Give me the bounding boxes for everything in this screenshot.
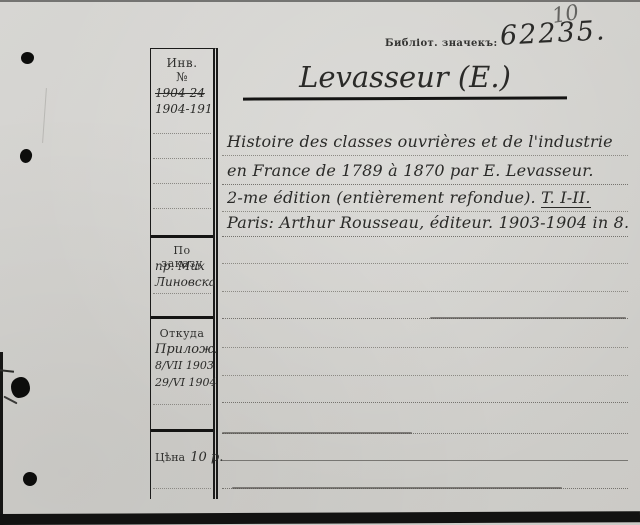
author-heading: Levasseur (E.) bbox=[243, 60, 567, 94]
sidebar-rule bbox=[153, 183, 211, 184]
price-label: Цѣна bbox=[155, 451, 185, 464]
ruled-line bbox=[222, 155, 628, 156]
ruled-line-dark-segment bbox=[430, 317, 626, 319]
card-sidebar: Инв. № 1904-24 1904-191 По заказу пр. Ми… bbox=[150, 48, 218, 499]
scan-edge-left bbox=[0, 352, 3, 525]
entry-line: en France de 1789 à 1870 par E. Levasseu… bbox=[227, 161, 594, 180]
entry-line: Histoire des classes ouvrières et de l'i… bbox=[227, 132, 613, 151]
origin-label: Откуда bbox=[151, 327, 213, 340]
sidebar-rule bbox=[153, 488, 211, 489]
inventory-label-line1: Инв. bbox=[151, 56, 213, 70]
ruled-line bbox=[222, 375, 628, 376]
ruled-line bbox=[222, 291, 628, 292]
library-mark-number: 62235. bbox=[499, 15, 607, 52]
price-value: 10 р. bbox=[190, 450, 223, 465]
ruled-line bbox=[222, 402, 628, 403]
inventory-label-line2: № bbox=[151, 70, 213, 84]
inventory-number: 1904-24 bbox=[155, 86, 217, 100]
punch-hole bbox=[23, 472, 37, 486]
entry-line: Paris: Arthur Rousseau, éditeur. 1903-19… bbox=[227, 213, 629, 232]
section-divider bbox=[151, 235, 213, 238]
paper-crease bbox=[42, 88, 47, 143]
scan-edge-bottom bbox=[0, 511, 640, 525]
order-note: пр. Мих bbox=[155, 259, 217, 273]
ruled-line-dark-segment bbox=[232, 487, 562, 489]
sidebar-rule bbox=[153, 404, 211, 405]
catalog-card-scan: 10 Библіот. значекъ: 62235. Инв. № 1904-… bbox=[0, 0, 640, 525]
sidebar-rule bbox=[153, 158, 211, 159]
section-divider bbox=[151, 316, 213, 319]
ruled-line bbox=[222, 236, 628, 237]
section-divider bbox=[151, 429, 213, 432]
punch-hole bbox=[19, 148, 33, 164]
ruled-line-dark-segment bbox=[222, 432, 412, 434]
origin-note: Прилож. bbox=[155, 342, 217, 357]
volumes-text: T. I-II. bbox=[541, 188, 591, 208]
order-note: Линовска bbox=[155, 275, 217, 289]
origin-date: 8/VII 1903 bbox=[155, 359, 217, 372]
inventory-number: 1904-191 bbox=[155, 102, 217, 116]
sidebar-rule bbox=[153, 133, 211, 134]
origin-date: 29/VI 1904 bbox=[155, 376, 217, 389]
heading-underline bbox=[243, 96, 567, 100]
punch-hole bbox=[21, 52, 34, 64]
punch-hole bbox=[11, 377, 30, 398]
edition-text: 2-me édition (entièrement refondue). bbox=[227, 188, 536, 207]
sidebar-rule bbox=[153, 293, 211, 294]
scan-edge-top bbox=[0, 0, 640, 2]
ruled-line bbox=[222, 211, 628, 212]
ruled-line bbox=[222, 460, 628, 461]
ruled-line bbox=[222, 347, 628, 348]
ruled-line bbox=[222, 184, 628, 185]
ruled-line bbox=[222, 263, 628, 264]
sidebar-rule bbox=[153, 208, 211, 209]
library-mark-label: Библіот. значекъ: bbox=[385, 38, 498, 49]
entry-line: 2-me édition (entièrement refondue). T. … bbox=[227, 188, 591, 207]
